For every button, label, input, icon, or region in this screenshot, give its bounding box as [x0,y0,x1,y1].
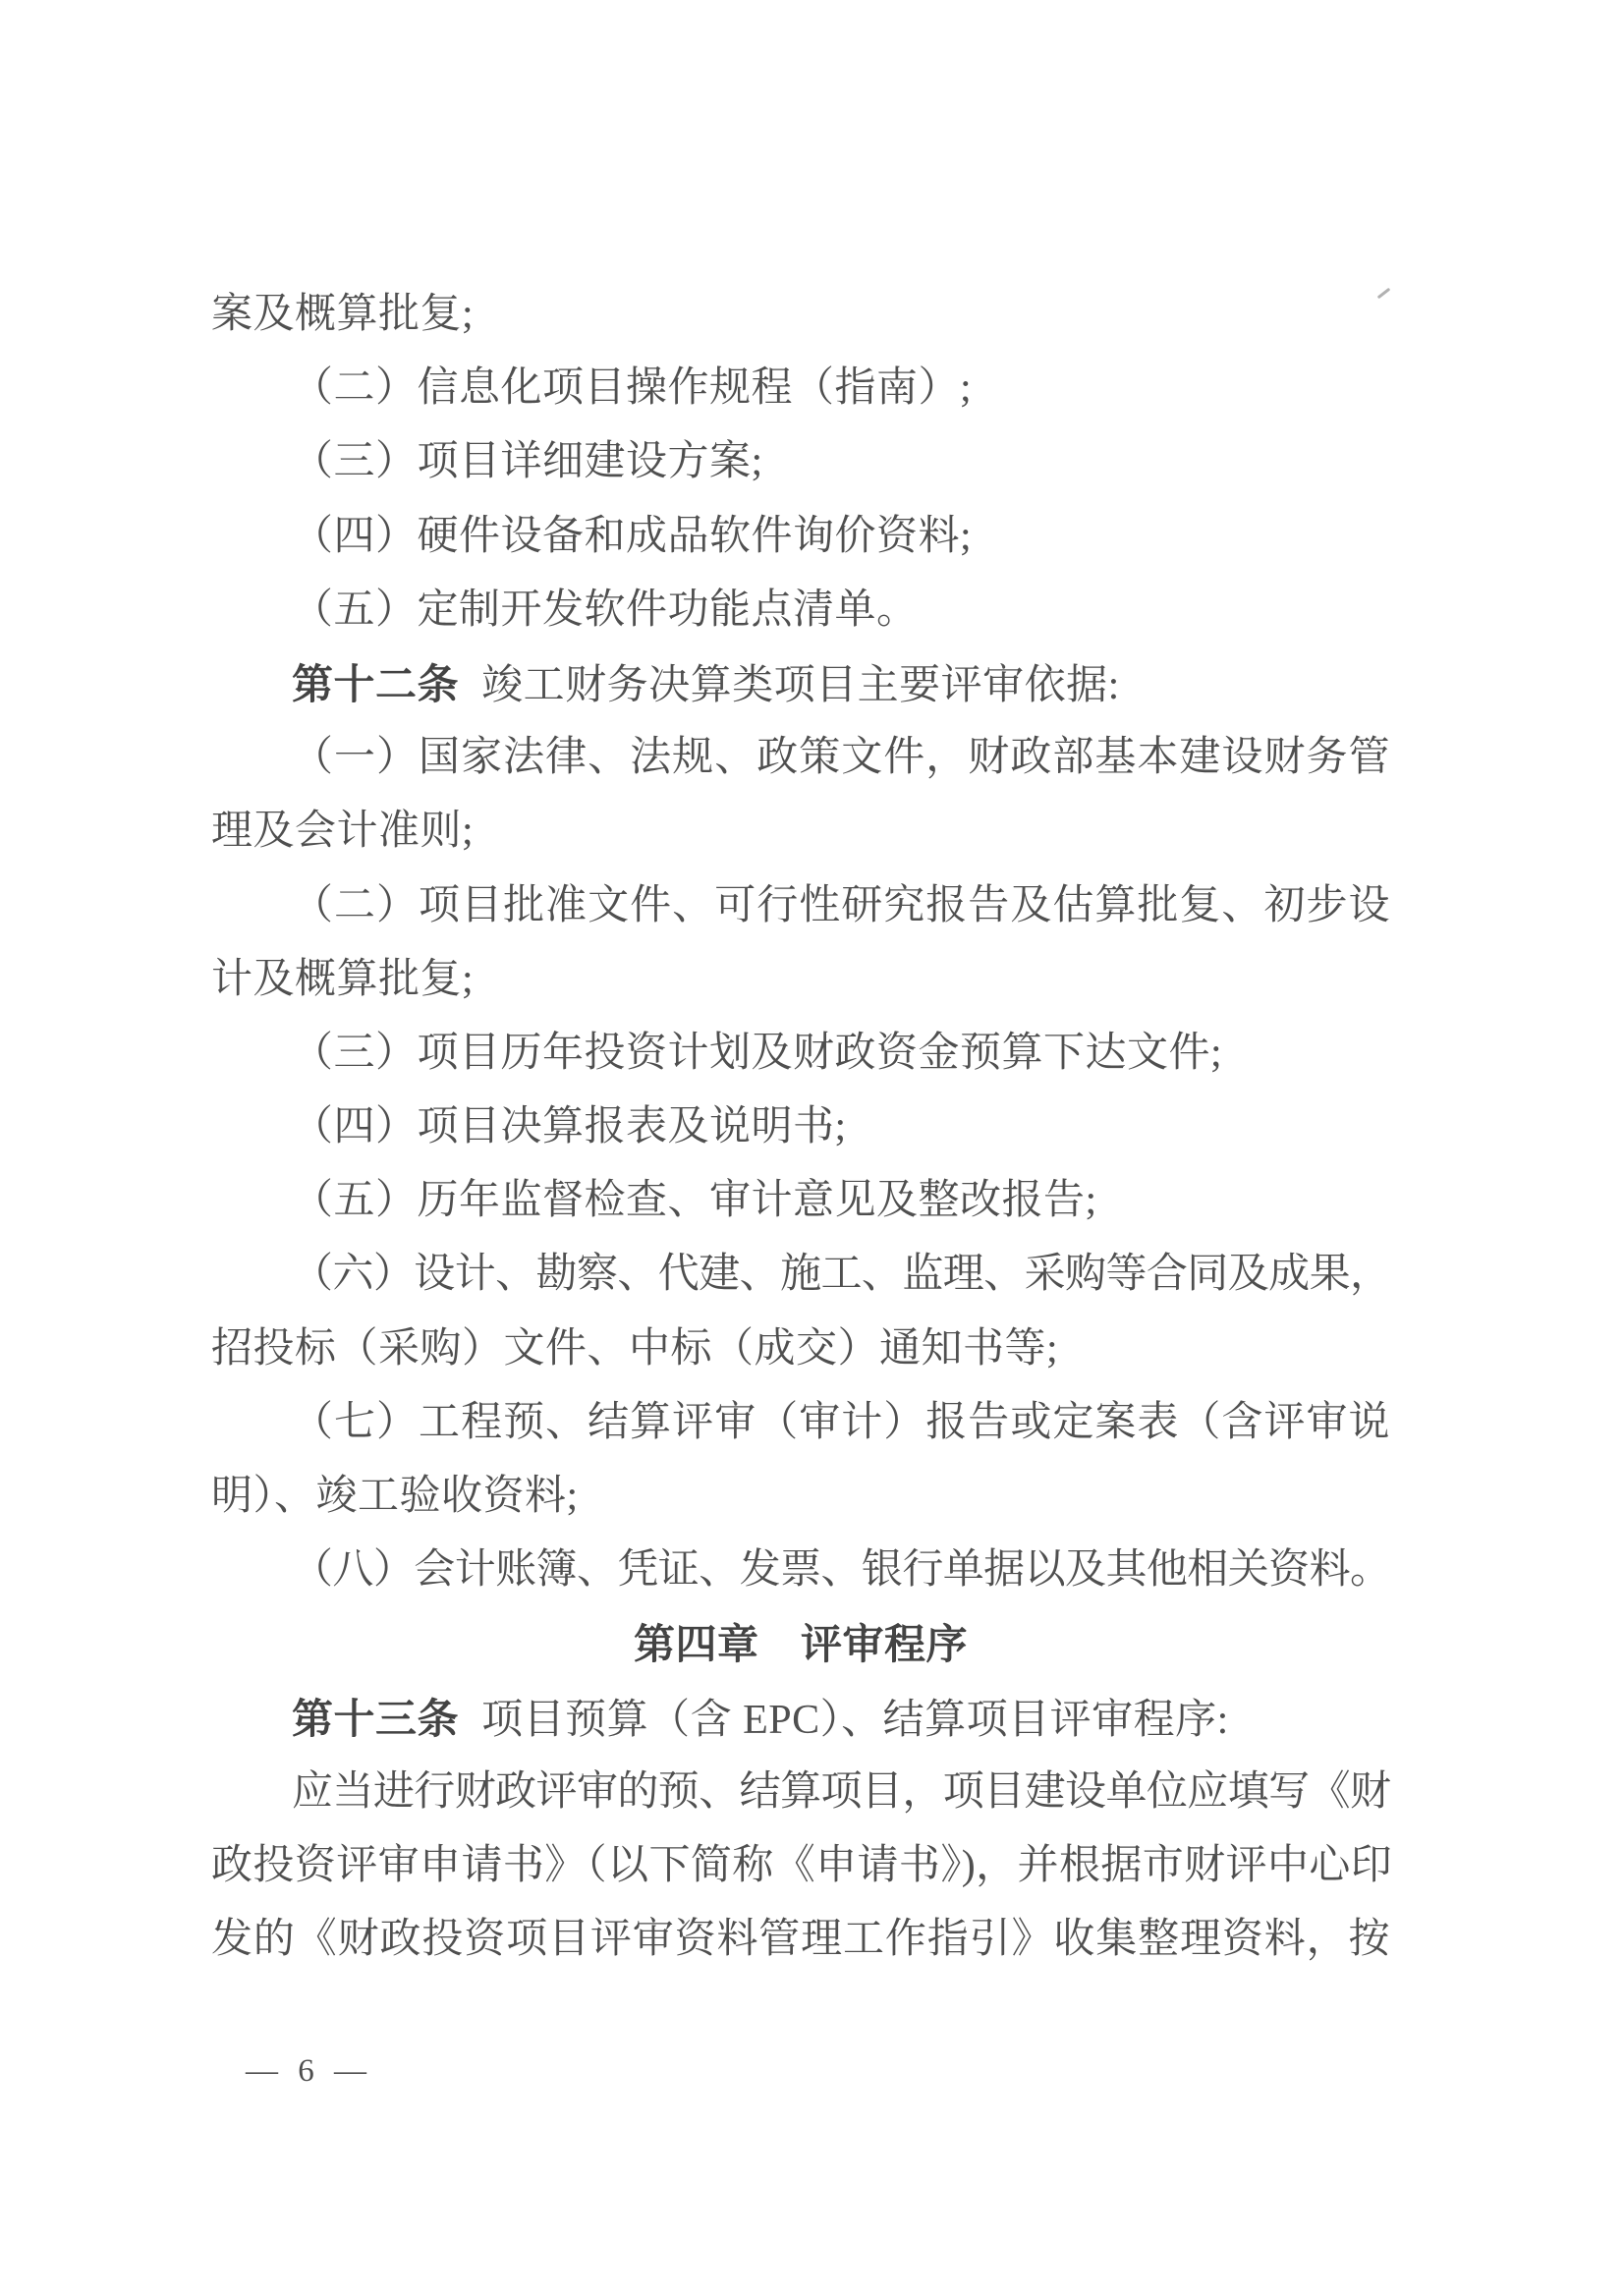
chapter-heading: 第四章 评审程序 [211,1607,1390,1681]
sub-item-6-line-1: （六）设计、勘察、代建、施工、监理、采购等合同及成果， [211,1238,1390,1312]
sub-item-4: （四）项目决算报表及说明书; [211,1091,1390,1164]
paragraph-line-3: 发的《财政投资项目评审资料管理工作指引》收集整理资料，按 [211,1903,1390,1977]
sub-item-7-line-2: 明）、竣工验收资料; [211,1460,1390,1534]
article-12-number: 第十二条 [292,661,459,707]
document-page: 案及概算批复; （二）信息化项目操作规程（指南）; （三）项目详细建设方案; （… [0,0,1624,2295]
sub-item-3: （三）项目历年投资计划及财政资金预算下达文件; [211,1017,1390,1091]
paragraph-line-2: 政投资评审申请书》（以下简称《申请书》)，并根据市财评中心印 [211,1829,1390,1903]
list-item-5: （五）定制开发软件功能点清单。 [211,574,1390,647]
sub-item-6-line-2: 招投标（采购）文件、中标（成交）通知书等; [211,1313,1390,1386]
list-item-3: （三）项目详细建设方案; [211,425,1390,499]
sub-item-2-line-2: 计及概算批复; [211,943,1390,1017]
page-number: — 6 — [246,2053,372,2090]
sub-item-5: （五）历年监督检查、审计意见及整改报告; [211,1164,1390,1238]
document-text-block: 案及概算批复; （二）信息化项目操作规程（指南）; （三）项目详细建设方案; （… [211,278,1390,1977]
sub-item-8: （八）会计账簿、凭证、发票、银行单据以及其他相关资料。 [211,1534,1390,1607]
article-12-title: 竣工财务决算类项目主要评审依据: [481,663,1120,708]
sub-item-1-line-1: （一）国家法律、法规、政策文件，财政部基本建设财务管 [211,721,1390,795]
article-12-line: 第十二条竣工财务决算类项目主要评审依据: [211,647,1390,721]
sub-item-7-line-1: （七）工程预、结算评审（审计）报告或定案表（含评审说 [211,1386,1390,1460]
sub-item-2-line-1: （二）项目批准文件、可行性研究报告及估算批复、初步设 [211,869,1390,943]
list-item-2: （二）信息化项目操作规程（指南）; [211,352,1390,425]
article-13-line: 第十三条项目预算（含 EPC）、结算项目评审程序: [211,1682,1390,1756]
list-item-4: （四）硬件设备和成品软件询价资料; [211,500,1390,574]
article-13-number: 第十三条 [292,1696,459,1742]
sub-item-1-line-2: 理及会计准则; [211,795,1390,868]
text-line-1: 案及概算批复; [211,278,1390,352]
article-13-title: 项目预算（含 EPC）、结算项目评审程序: [481,1698,1229,1743]
paragraph-line-1: 应当进行财政评审的预、结算项目，项目建设单位应填写《财 [211,1756,1390,1829]
